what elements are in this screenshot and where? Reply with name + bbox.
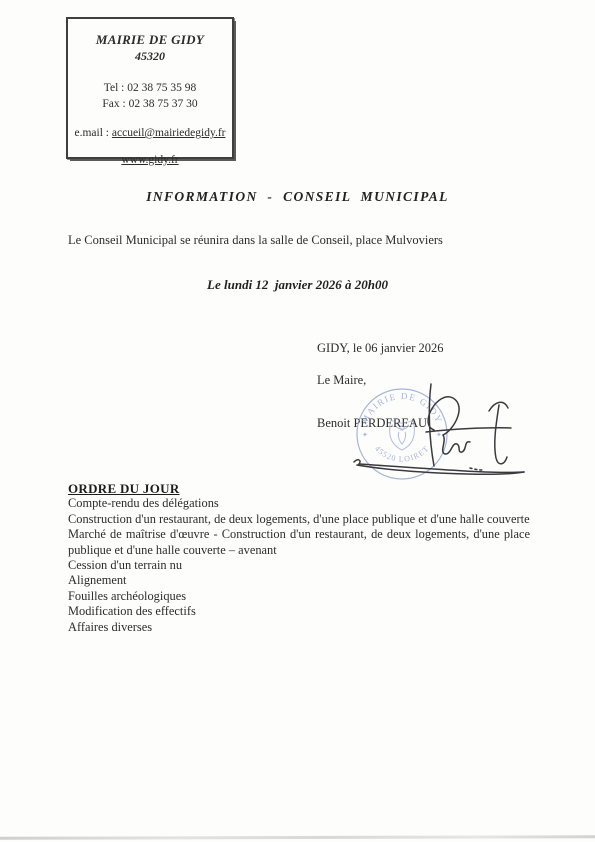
agenda-item: Cession d'un terrain nu	[68, 558, 530, 573]
agenda-item: Affaires diverses	[68, 620, 530, 635]
agenda-heading: ORDRE DU JOUR	[68, 481, 530, 496]
handwritten-signature	[350, 378, 585, 486]
fax-line: Fax : 02 38 75 37 30	[68, 96, 232, 112]
agenda-item: Alignement	[68, 573, 530, 588]
agenda-item: Construction d'un restaurant, de deux lo…	[68, 512, 530, 527]
agenda-item: Modification des effectifs	[68, 604, 530, 619]
meeting-datetime: Le lundi 12 janvier 2026 à 20h00	[0, 277, 595, 293]
website-link[interactable]: www.gidy.fr	[121, 154, 178, 166]
place-date: GIDY, le 06 janvier 2026	[317, 341, 577, 356]
agenda-item: Marché de maîtrise d'œuvre - Constructio…	[68, 527, 530, 558]
agenda-item: Fouilles archéologiques	[68, 589, 530, 604]
agenda-section: ORDRE DU JOUR Compte-rendu des délégatio…	[68, 481, 530, 635]
document-title: INFORMATION - CONSEIL MUNICIPAL	[0, 189, 595, 205]
document-page: MAIRIE DE GIDY 45320 Tel : 02 38 75 35 9…	[0, 0, 595, 842]
letterhead-box: MAIRIE DE GIDY 45320 Tel : 02 38 75 35 9…	[66, 17, 234, 159]
agenda-item: Compte-rendu des délégations	[68, 496, 530, 511]
postal-code: 45320	[68, 48, 232, 64]
email-label: e.mail :	[75, 127, 112, 139]
intro-paragraph: Le Conseil Municipal se réunira dans la …	[68, 233, 548, 248]
email-line: e.mail : accueil@mairiedegidy.fr	[68, 125, 232, 141]
tel-line: Tel : 02 38 75 35 98	[68, 80, 232, 96]
email-link[interactable]: accueil@mairiedegidy.fr	[112, 127, 226, 139]
org-name: MAIRIE DE GIDY	[68, 32, 232, 48]
scan-edge-artifact	[0, 835, 595, 840]
